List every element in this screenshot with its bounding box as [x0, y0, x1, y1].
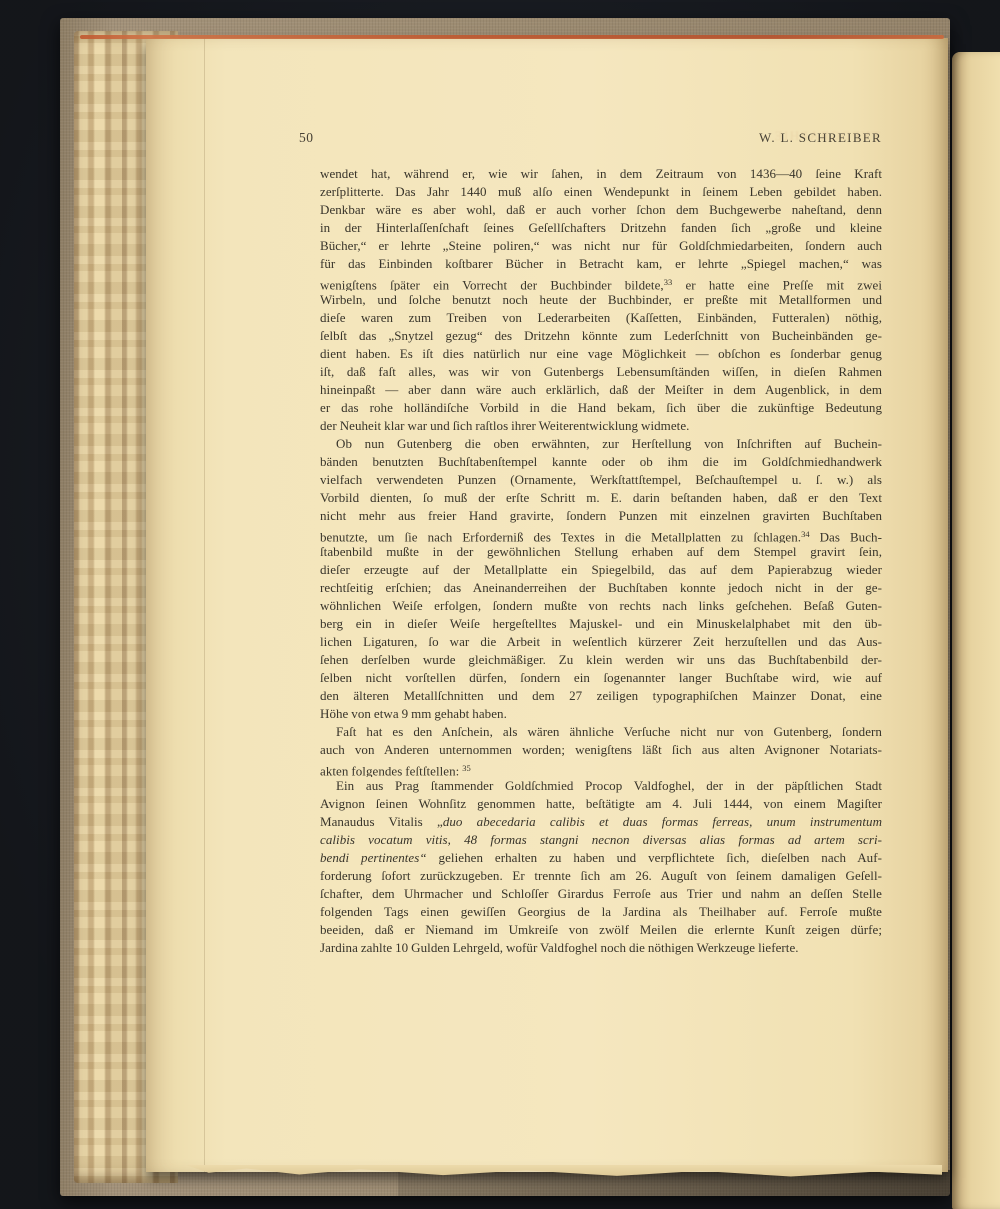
text-line: ſelbſt das „Snytzel gezug“ des Dritzehn …	[320, 327, 882, 345]
text-line: Manaudus Vitalis „duo abecedaria calibis…	[320, 813, 882, 831]
text-line: ſchafter, dem Uhrmacher und Schloſſer Gi…	[320, 885, 882, 903]
text-line: Höhe von etwa 9 mm gehabt haben.	[320, 705, 882, 723]
text-line: Avignon ſeinen Wohnſitz genommen hatte, …	[320, 795, 882, 813]
text-line: berg ein in dieſer Weiſe hergeſtelltes M…	[320, 615, 882, 633]
text-line: benutzte, um ſie nach Erforderniß des Te…	[320, 525, 882, 543]
text-line: ſehen derſelben wurde gleichmäßiger. Zu …	[320, 651, 882, 669]
text-line: hineinpaßt — aber dann wäre auch erklärl…	[320, 381, 882, 399]
text-line: der Neuheit klar war und ſich raſtlos ih…	[320, 417, 882, 435]
text-line: lichen Ligaturen, ſo war die Arbeit in w…	[320, 633, 882, 651]
facing-page	[952, 52, 1000, 1209]
running-head-author: W. L. SCHREIBER	[759, 130, 882, 146]
text-line: dieſe waren zum Treiben von Lederarbeite…	[320, 309, 882, 327]
text-line: wendet hat, während er, wie wir ſahen, i…	[320, 165, 882, 183]
text-line: den älteren Metallſchnitten und dem 27 z…	[320, 687, 882, 705]
page-content: 50 TYPOGRAPHIE W. L. SCHREIBER wendet ha…	[320, 130, 882, 957]
cover-bottom-shadow	[398, 1170, 950, 1196]
text-line: calibis vocatum vitis, 48 formas stangni…	[320, 831, 882, 849]
text-line: Wirbeln, und ſolche benutzt noch heute d…	[320, 291, 882, 309]
text-line: bendi pertinentes“ geliehen erhalten zu …	[320, 849, 882, 867]
text-line: Faſt hat es den Anſchein, als wären ähnl…	[320, 723, 882, 741]
text-line: folgenden Tags einen gewiſſen Georgius d…	[320, 903, 882, 921]
text-line: für das Einbinden koſtbarer Bücher in Be…	[320, 255, 882, 273]
text-line: beeiden, daß er Niemand im Umkreiſe von …	[320, 921, 882, 939]
text-line: vielfach verwendeten Punzen (Ornamente, …	[320, 471, 882, 489]
text-line: nicht mehr aus freier Hand gravirte, ſon…	[320, 507, 882, 525]
text-line: zerſplitterte. Das Jahr 1440 muß alſo ei…	[320, 183, 882, 201]
body-text: wendet hat, während er, wie wir ſahen, i…	[320, 165, 882, 957]
text-line: dieſer erzeugte auf der Metallplatte ein…	[320, 561, 882, 579]
page-number: 50	[299, 130, 314, 146]
text-line: iſt, daß faſt alles, was wir von Gutenbe…	[320, 363, 882, 381]
text-line: akten folgendes feſtſtellen: 35	[320, 759, 882, 777]
text-line: ſelben nicht vorſtellen dürfen, ſondern …	[320, 669, 882, 687]
page-crease-line	[204, 38, 205, 1172]
text-line: Bücher,“ er lehrte „Steine poliren,“ was…	[320, 237, 882, 255]
text-line: wenigſtens ſpäter ein Vorrecht der Buchb…	[320, 273, 882, 291]
text-line: dient haben. Es iſt dies natürlich nur e…	[320, 345, 882, 363]
text-line: bänden benutzten Buchſtabenſtempel kannt…	[320, 453, 882, 471]
text-line: Ein aus Prag ſtammender Goldſchmied Proc…	[320, 777, 882, 795]
text-line: wöhnlichen Weiſe erfolgen, ſondern mußte…	[320, 597, 882, 615]
book-page: 50 TYPOGRAPHIE W. L. SCHREIBER wendet ha…	[146, 38, 948, 1172]
text-line: Jardina zahlte 10 Gulden Lehrgeld, wofür…	[320, 939, 882, 957]
running-header: 50 TYPOGRAPHIE W. L. SCHREIBER	[320, 130, 882, 146]
text-line: in der Hinterlaſſenſchaft ſeines Geſellſ…	[320, 219, 882, 237]
top-edge-stain	[80, 35, 944, 39]
text-line: er das rohe holländiſche Vorbild in die …	[320, 399, 882, 417]
text-line: Denkbar wäre es aber wohl, daß er auch v…	[320, 201, 882, 219]
text-line: forderung ſofort zurückzugeben. Er trenn…	[320, 867, 882, 885]
text-line: Vorbild dienten, ſo muß der erſte Schrit…	[320, 489, 882, 507]
text-line: ſtabenbild mußte in der gewöhnlichen Ste…	[320, 543, 882, 561]
text-line: auch von Anderen unternommen worden; wen…	[320, 741, 882, 759]
text-line: rechtſeitig erſchien; das Aneinanderreih…	[320, 579, 882, 597]
text-line: Ob nun Gutenberg die oben erwähnten, zur…	[320, 435, 882, 453]
